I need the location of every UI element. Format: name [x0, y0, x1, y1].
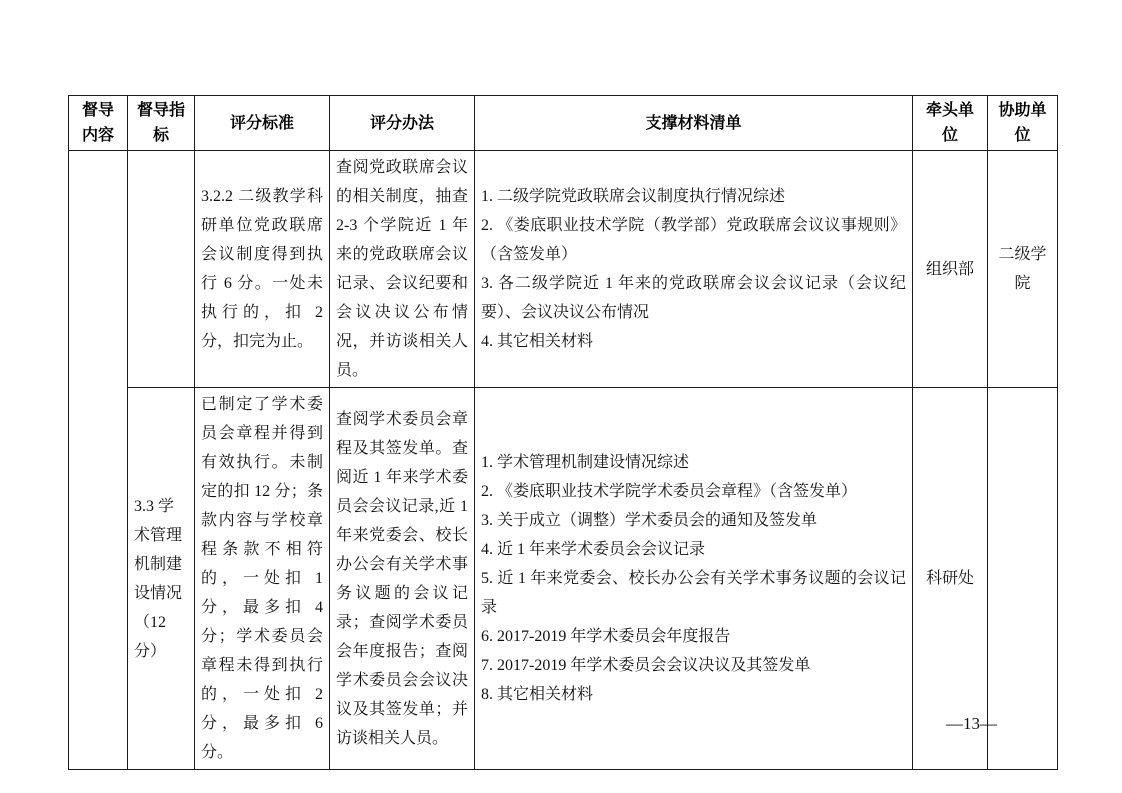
cell-supervision-content	[69, 151, 128, 770]
cell-indicator-322	[128, 151, 195, 388]
cell-lead-unit-322: 组织部	[913, 151, 988, 388]
material-item: 4. 近 1 年来学术委员会会议记录	[481, 535, 906, 564]
header-lead-unit: 牵头单位	[913, 96, 988, 151]
supervision-scoring-table: 督导内容 督导指标 评分标准 评分办法 支撑材料清单 牵头单位 协助单位 3.2…	[68, 95, 1058, 770]
cell-lead-unit-33: 科研处	[913, 388, 988, 770]
header-assist-unit: 协助单位	[988, 96, 1058, 151]
table-row-33: 3.3 学术管理机制建设情况（12 分） 已制定了学术委员会章程并得到有效执行。…	[69, 388, 1058, 770]
cell-standard-33: 已制定了学术委员会章程并得到有效执行。未制定的扣 12 分；条款内容与学校章程条…	[195, 388, 330, 770]
material-item: 8. 其它相关材料	[481, 680, 906, 709]
material-item: 7. 2017-2019 年学术委员会会议决议及其签发单	[481, 651, 906, 680]
table-header-row: 督导内容 督导指标 评分标准 评分办法 支撑材料清单 牵头单位 协助单位	[69, 96, 1058, 151]
cell-materials-322: 1. 二级学院党政联席会议制度执行情况综述 2. 《娄底职业技术学院（教学部）党…	[475, 151, 913, 388]
material-item: 2. 《娄底职业技术学院（教学部）党政联席会议议事规则》（含签发单）	[481, 211, 906, 269]
table-row-322: 3.2.2 二级教学科研单位党政联席会议制度得到执行 6 分。一处未执行的，扣 …	[69, 151, 1058, 388]
material-item: 6. 2017-2019 年学术委员会年度报告	[481, 622, 906, 651]
material-item: 3. 各二级学院近 1 年来的党政联席会议会议记录（会议纪要）、会议决议公布情况	[481, 269, 906, 327]
header-scoring-method: 评分办法	[330, 96, 475, 151]
page-number: —13—	[946, 714, 997, 734]
material-item: 5. 近 1 年来党委会、校长办公会有关学术事务议题的会议记录	[481, 564, 906, 622]
cell-method-33: 查阅学术委员会章程及其签发单。查阅近 1 年来学术委员会会议记录,近 1 年来党…	[330, 388, 475, 770]
cell-assist-unit-322: 二级学院	[988, 151, 1058, 388]
material-item: 2. 《娄底职业技术学院学术委员会章程》（含签发单）	[481, 477, 906, 506]
header-supervision-indicator: 督导指标	[128, 96, 195, 151]
material-item: 4. 其它相关材料	[481, 327, 906, 356]
header-supporting-materials: 支撑材料清单	[475, 96, 913, 151]
cell-assist-unit-33	[988, 388, 1058, 770]
cell-method-322: 查阅党政联席会议的相关制度，抽查 2-3 个学院近 1 年来的党政联席会议记录、…	[330, 151, 475, 388]
material-item: 1. 学术管理机制建设情况综述	[481, 448, 906, 477]
header-scoring-standard: 评分标准	[195, 96, 330, 151]
cell-materials-33: 1. 学术管理机制建设情况综述 2. 《娄底职业技术学院学术委员会章程》（含签发…	[475, 388, 913, 770]
cell-indicator-33: 3.3 学术管理机制建设情况（12 分）	[128, 388, 195, 770]
material-item: 1. 二级学院党政联席会议制度执行情况综述	[481, 182, 906, 211]
material-item: 3. 关于成立（调整）学术委员会的通知及签发单	[481, 506, 906, 535]
document-page: 督导内容 督导指标 评分标准 评分办法 支撑材料清单 牵头单位 协助单位 3.2…	[0, 0, 1122, 793]
cell-standard-322: 3.2.2 二级教学科研单位党政联席会议制度得到执行 6 分。一处未执行的，扣 …	[195, 151, 330, 388]
header-supervision-content: 督导内容	[69, 96, 128, 151]
